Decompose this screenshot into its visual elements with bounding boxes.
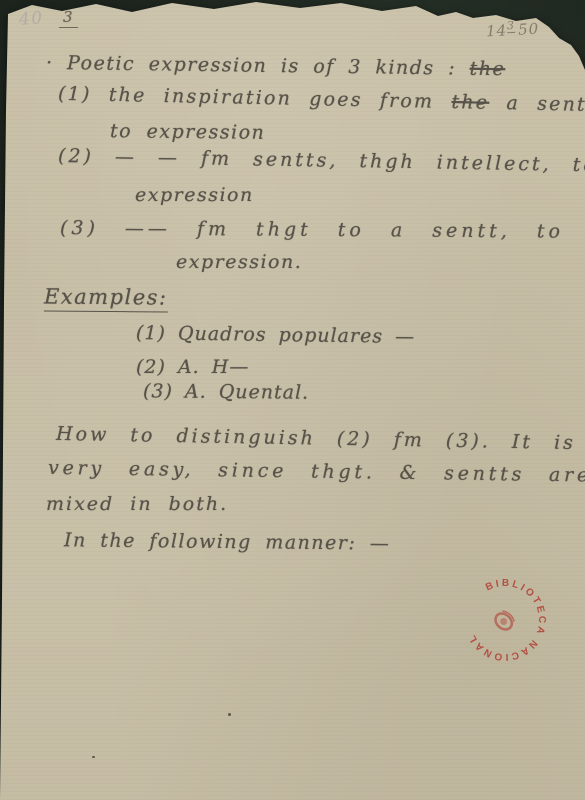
paragraph-line-3: mixed in both.: [46, 493, 228, 515]
item-1-text-post: a sentiment: [506, 92, 585, 117]
title-text: · Poetic expression is of 3 kinds :: [46, 52, 456, 80]
faint-corner-number: 40: [18, 8, 44, 30]
item-1-text-pre: the inspiration goes from: [109, 84, 435, 113]
paper-edge-notch: [0, 88, 3, 97]
item-1-struck-word: the: [451, 91, 489, 114]
list-item-3: (3) —— fm thgt to a sentt, to —: [60, 217, 585, 243]
title-line: · Poetic expression is of 3 kinds : the: [46, 52, 506, 80]
paper-shadow: 40 3 14350 · Poetic expression is of 3 k…: [0, 0, 585, 800]
ink-speck: [228, 713, 231, 716]
closing-line: In the following manner: —: [64, 529, 391, 554]
torn-paper-sheet: 40 3 14350 · Poetic expression is of 3 k…: [0, 0, 585, 800]
catalog-prefix: 14: [486, 21, 508, 40]
manuscript-scan: 40 3 14350 · Poetic expression is of 3 k…: [0, 0, 585, 800]
list-item-2-continuation: expression: [135, 184, 254, 206]
paragraph-line-2: very easy, since thgt. & sentts are —: [48, 457, 585, 487]
item-3-text: —— fm thgt to a sentt, to —: [125, 218, 585, 243]
library-stamp: BIBLIOTECA NACIONAL: [420, 535, 585, 704]
example-entry-2: (2) A. H—: [136, 356, 249, 378]
list-item-2: (2) — — fm sentts, thgh intellect, to —: [58, 145, 585, 177]
item-2-text: — — fm sentts, thgh intellect, to —: [115, 146, 585, 177]
list-item-3-continuation: expression.: [176, 251, 302, 273]
example-entry-3: (3) A. Quental.: [143, 380, 309, 403]
ink-speck: [92, 756, 95, 758]
examples-heading: Examples:: [44, 284, 168, 312]
list-item-1-continuation: to expression: [110, 120, 266, 144]
item-3-label: (3): [60, 217, 99, 239]
item-1-label: (1): [58, 83, 92, 106]
paragraph-line-1: How to distinguish (2) fm (3). It is not: [56, 423, 585, 455]
title-struck-word: the: [469, 58, 505, 80]
page-number: 3: [59, 8, 78, 28]
example-entry-1: (1) Quadros populares —: [136, 322, 415, 348]
catalog-suffix: 50: [518, 20, 540, 39]
catalog-number: 14350: [486, 18, 540, 41]
stamp-emblem-icon: [492, 608, 516, 632]
catalog-superscript: 3: [507, 19, 516, 33]
list-item-1: (1) the inspiration goes from the a sent…: [58, 83, 585, 117]
item-2-label: (2): [58, 145, 94, 168]
